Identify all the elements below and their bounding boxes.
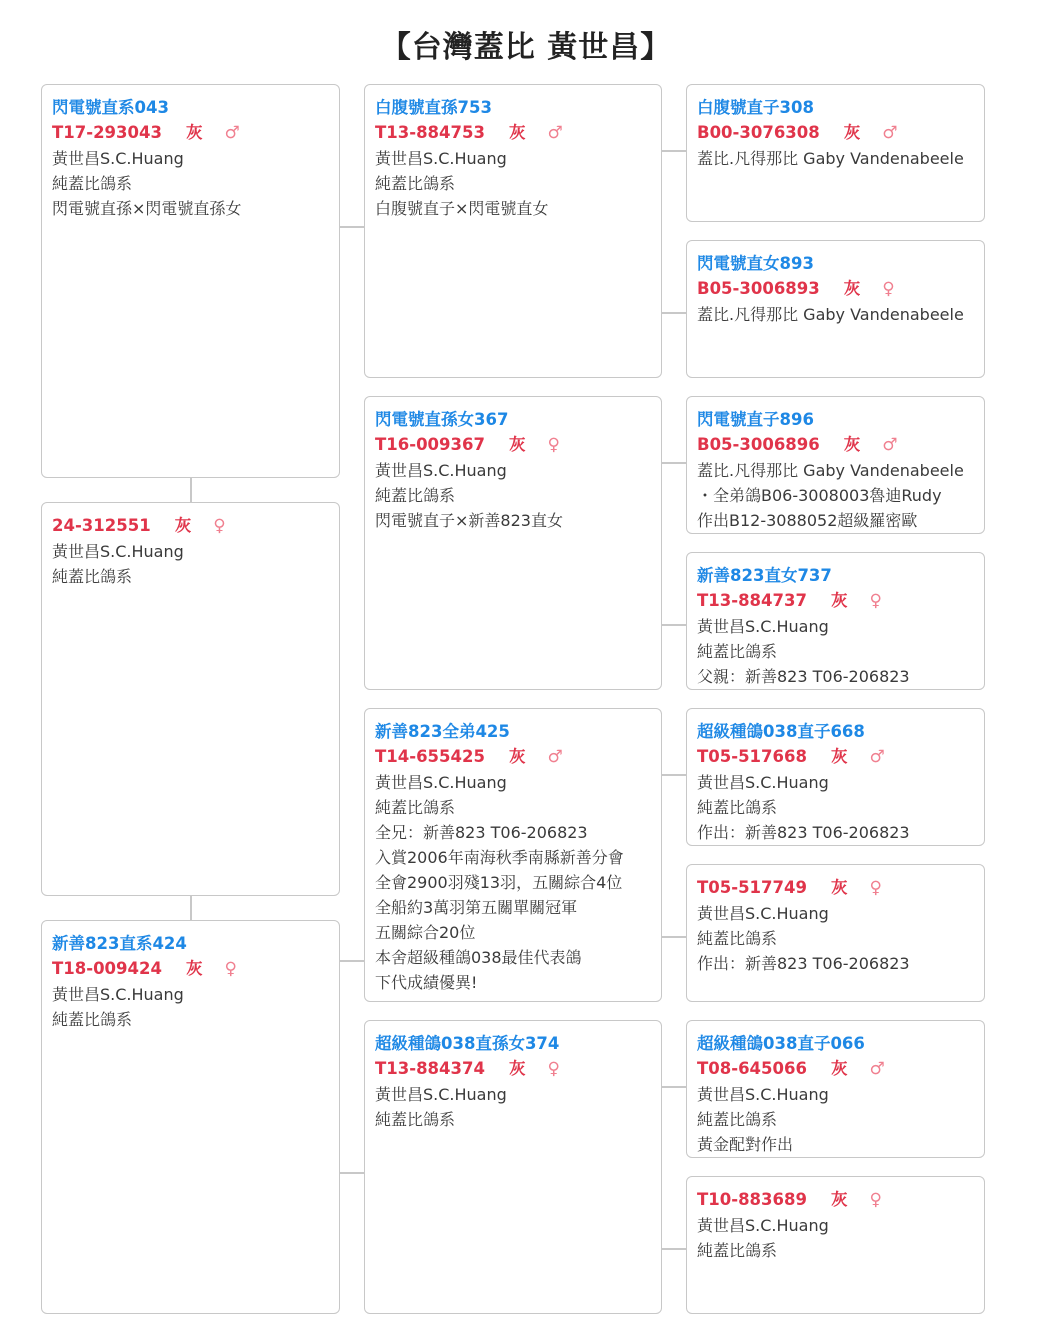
pigeon-name: 超級種鴿038直子066 <box>697 1031 974 1056</box>
bloodline: 純蓋比鴿系 <box>697 795 974 820</box>
breeder: 蓋比.凡得那比 Gaby Vandenabeele <box>697 458 974 483</box>
breeder: 黃世昌S.C.Huang <box>375 1082 651 1107</box>
color-label: 灰 <box>175 516 192 535</box>
male-icon: ♂ <box>547 123 562 143</box>
male-icon: ♂ <box>869 747 884 767</box>
ring-number: B00-3076308 <box>697 123 820 142</box>
connector <box>661 624 686 626</box>
breeder: 黃世昌S.C.Huang <box>697 901 974 926</box>
female-icon: ♀ <box>213 516 225 536</box>
female-icon: ♀ <box>224 959 236 979</box>
bloodline: 純蓋比鴿系 <box>52 564 329 589</box>
male-icon: ♂ <box>882 435 897 455</box>
pigeon-card-gen3-3[interactable]: 閃電號直子896 B05-3006896灰♂ 蓋比.凡得那比 Gaby Vand… <box>686 396 985 534</box>
breeder: 黃世昌S.C.Huang <box>52 982 329 1007</box>
ring-number: T13-884753 <box>375 123 485 142</box>
pigeon-name: 閃電號直孫女367 <box>375 407 651 432</box>
pairing-note: 黃金配對作出 <box>697 1132 974 1157</box>
color-label: 灰 <box>831 591 848 610</box>
ring-row: T13-884374灰♀ <box>375 1056 651 1082</box>
connector <box>661 462 686 464</box>
color-label: 灰 <box>844 123 861 142</box>
bloodline: 純蓋比鴿系 <box>375 795 651 820</box>
color-label: 灰 <box>844 435 861 454</box>
connector <box>661 312 686 314</box>
pedigree-note: 閃電號直子×新善823直女 <box>375 508 651 533</box>
ring-number: T05-517668 <box>697 747 807 766</box>
bloodline: 純蓋比鴿系 <box>375 171 651 196</box>
color-label: 灰 <box>509 747 526 766</box>
connector <box>661 936 686 938</box>
connector <box>340 1172 365 1174</box>
ring-row: T05-517749灰♀ <box>697 875 974 901</box>
award-note: 五關綜合20位 <box>375 920 651 945</box>
pedigree-note: 閃電號直孫×閃電號直孫女 <box>52 196 329 221</box>
pigeon-card-dam-sire[interactable]: 新善823全弟425 T14-655425灰♂ 黃世昌S.C.Huang 純蓋比… <box>364 708 662 1002</box>
bloodline: 純蓋比鴿系 <box>697 1238 974 1263</box>
ring-number: T16-009367 <box>375 435 485 454</box>
pigeon-name: 新善823全弟425 <box>375 719 651 744</box>
award-note: 本舍超級種鴿038最佳代表鴿 <box>375 945 651 970</box>
breeder: 黃世昌S.C.Huang <box>52 146 329 171</box>
ring-number: B05-3006893 <box>697 279 820 298</box>
bloodline: 純蓋比鴿系 <box>375 1107 651 1132</box>
offspring-note: 作出B12-3088052超級羅密歐 <box>697 508 974 533</box>
ring-number: T18-009424 <box>52 959 162 978</box>
award-note: 全船約3萬羽第五關單關冠軍 <box>375 895 651 920</box>
female-icon: ♀ <box>882 279 894 299</box>
color-label: 灰 <box>831 878 848 897</box>
female-icon: ♀ <box>547 1059 559 1079</box>
ring-number: T17-293043 <box>52 123 162 142</box>
breeder: 黃世昌S.C.Huang <box>375 770 651 795</box>
connector <box>661 1086 686 1088</box>
award-note: 全會2900羽殘13羽，五關綜合4位 <box>375 870 651 895</box>
connector <box>661 774 686 776</box>
ring-number: T08-645066 <box>697 1059 807 1078</box>
connector <box>190 895 192 920</box>
pigeon-card-dam[interactable]: 新善823直系424 T18-009424灰♀ 黃世昌S.C.Huang 純蓋比… <box>41 920 340 1314</box>
color-label: 灰 <box>844 279 861 298</box>
pigeon-name: 新善823直女737 <box>697 563 974 588</box>
connector <box>340 226 365 228</box>
color-label: 灰 <box>509 123 526 142</box>
pigeon-name: 白腹號直子308 <box>697 95 974 120</box>
connector <box>661 150 686 152</box>
bloodline: 純蓋比鴿系 <box>697 639 974 664</box>
award-note: 下代成績優異! <box>375 970 651 995</box>
pigeon-card-gen3-5[interactable]: 超級種鴿038直子668 T05-517668灰♂ 黃世昌S.C.Huang 純… <box>686 708 985 846</box>
ring-row: T18-009424灰♀ <box>52 956 329 982</box>
breeder: 蓋比.凡得那比 Gaby Vandenabeele <box>697 302 974 327</box>
ring-row: T10-883689灰♀ <box>697 1187 974 1213</box>
page-title: 【台灣蓋比 黃世昌】 <box>0 22 1052 66</box>
ring-row: T05-517668灰♂ <box>697 744 974 770</box>
pigeon-card-dam-dam[interactable]: 超級種鴿038直孫女374 T13-884374灰♀ 黃世昌S.C.Huang … <box>364 1020 662 1314</box>
ring-row: 24-312551灰♀ <box>52 513 329 539</box>
award-note: 入賞2006年南海秋季南縣新善分會 <box>375 845 651 870</box>
color-label: 灰 <box>509 1059 526 1078</box>
female-icon: ♀ <box>869 1190 881 1210</box>
color-label: 灰 <box>831 747 848 766</box>
breeder: 黃世昌S.C.Huang <box>697 1213 974 1238</box>
ring-number: T14-655425 <box>375 747 485 766</box>
breeder: 黃世昌S.C.Huang <box>52 539 329 564</box>
ring-number: T05-517749 <box>697 878 807 897</box>
male-icon: ♂ <box>882 123 897 143</box>
connector <box>661 1248 686 1250</box>
ring-row: T14-655425灰♂ <box>375 744 651 770</box>
sibling-note: ・全弟鴿B06-3008003魯迪Rudy <box>697 483 974 508</box>
ring-row: B00-3076308灰♂ <box>697 120 974 146</box>
pigeon-name: 白腹號直孫753 <box>375 95 651 120</box>
ring-row: T17-293043灰♂ <box>52 120 329 146</box>
ring-row: T08-645066灰♂ <box>697 1056 974 1082</box>
pigeon-name: 閃電號直女893 <box>697 251 974 276</box>
pigeon-card-gen3-6[interactable]: T05-517749灰♀ 黃世昌S.C.Huang 純蓋比鴿系 作出：新善823… <box>686 864 985 1002</box>
bloodline: 純蓋比鴿系 <box>697 1107 974 1132</box>
color-label: 灰 <box>831 1059 848 1078</box>
ring-number: T10-883689 <box>697 1190 807 1209</box>
bloodline: 純蓋比鴿系 <box>52 171 329 196</box>
pigeon-card-gen3-8[interactable]: T10-883689灰♀ 黃世昌S.C.Huang 純蓋比鴿系 <box>686 1176 985 1314</box>
pigeon-card-sire-dam[interactable]: 閃電號直孫女367 T16-009367灰♀ 黃世昌S.C.Huang 純蓋比鴿… <box>364 396 662 690</box>
color-label: 灰 <box>509 435 526 454</box>
breeder: 黃世昌S.C.Huang <box>697 1082 974 1107</box>
ring-row: T13-884737灰♀ <box>697 588 974 614</box>
breeder: 黃世昌S.C.Huang <box>697 770 974 795</box>
male-icon: ♂ <box>547 747 562 767</box>
pigeon-card-sire-sire[interactable]: 白腹號直孫753 T13-884753灰♂ 黃世昌S.C.Huang 純蓋比鴿系… <box>364 84 662 378</box>
ring-number: 24-312551 <box>52 516 151 535</box>
breeder: 黃世昌S.C.Huang <box>697 614 974 639</box>
parent-note: 父親：新善823 T06-206823 <box>697 664 974 689</box>
female-icon: ♀ <box>547 435 559 455</box>
pigeon-name: 閃電號直子896 <box>697 407 974 432</box>
ring-row: T13-884753灰♂ <box>375 120 651 146</box>
breeder: 蓋比.凡得那比 Gaby Vandenabeele <box>697 146 974 171</box>
bloodline: 純蓋比鴿系 <box>52 1007 329 1032</box>
pigeon-card-gen3-7[interactable]: 超級種鴿038直子066 T08-645066灰♂ 黃世昌S.C.Huang 純… <box>686 1020 985 1158</box>
ring-number: T13-884374 <box>375 1059 485 1078</box>
ring-row: B05-3006893灰♀ <box>697 276 974 302</box>
breeder: 黃世昌S.C.Huang <box>375 458 651 483</box>
bloodline: 純蓋比鴿系 <box>375 483 651 508</box>
bloodline: 純蓋比鴿系 <box>697 926 974 951</box>
offspring-note: 作出：新善823 T06-206823 <box>697 951 974 976</box>
ring-number: B05-3006896 <box>697 435 820 454</box>
color-label: 灰 <box>831 1190 848 1209</box>
pigeon-card-gen3-1[interactable]: 白腹號直子308 B00-3076308灰♂ 蓋比.凡得那比 Gaby Vand… <box>686 84 985 222</box>
female-icon: ♀ <box>869 878 881 898</box>
ring-row: B05-3006896灰♂ <box>697 432 974 458</box>
pigeon-card-subject[interactable]: 閃電號直系043 T17-293043灰♂ 黃世昌S.C.Huang 純蓋比鴿系… <box>41 84 340 478</box>
pigeon-card-subject-sibling[interactable]: 24-312551灰♀ 黃世昌S.C.Huang 純蓋比鴿系 <box>41 502 340 896</box>
pigeon-card-gen3-2[interactable]: 閃電號直女893 B05-3006893灰♀ 蓋比.凡得那比 Gaby Vand… <box>686 240 985 378</box>
breeder: 黃世昌S.C.Huang <box>375 146 651 171</box>
pigeon-name: 超級種鴿038直子668 <box>697 719 974 744</box>
female-icon: ♀ <box>869 591 881 611</box>
ring-number: T13-884737 <box>697 591 807 610</box>
pigeon-name: 超級種鴿038直孫女374 <box>375 1031 651 1056</box>
pigeon-card-gen3-4[interactable]: 新善823直女737 T13-884737灰♀ 黃世昌S.C.Huang 純蓋比… <box>686 552 985 690</box>
pigeon-name: 新善823直系424 <box>52 931 329 956</box>
connector <box>340 960 365 962</box>
color-label: 灰 <box>186 959 203 978</box>
male-icon: ♂ <box>224 123 239 143</box>
ring-row: T16-009367灰♀ <box>375 432 651 458</box>
male-icon: ♂ <box>869 1059 884 1079</box>
pedigree-note: 白腹號直子×閃電號直女 <box>375 196 651 221</box>
connector <box>190 477 192 502</box>
offspring-note: 作出：新善823 T06-206823 <box>697 820 974 845</box>
color-label: 灰 <box>186 123 203 142</box>
sibling-note: 全兄：新善823 T06-206823 <box>375 820 651 845</box>
pigeon-name: 閃電號直系043 <box>52 95 329 120</box>
